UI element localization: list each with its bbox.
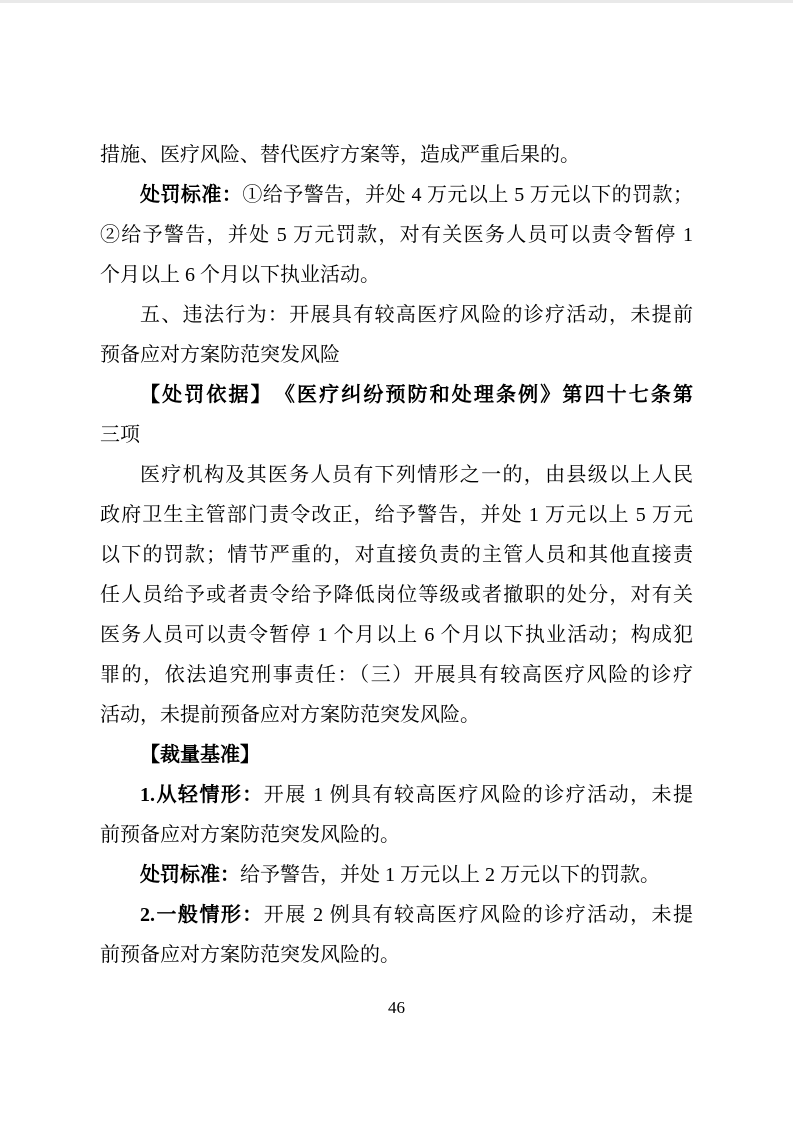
text-line: 政府卫生主管部门责令改正，给予警告，并处 1 万元以上 5 万元 xyxy=(100,495,693,535)
text-run: 医疗机构及其医务人员有下列情形之一的，由县级以上人民 xyxy=(140,464,693,486)
text-line: 前预备应对方案防范突发风险的。 xyxy=(100,815,693,855)
text-run: 五、违法行为：开展具有较高医疗风险的诊疗活动，未提前 xyxy=(140,304,693,326)
text-run: 开展 2 例具有较高医疗风险的诊疗活动，未提 xyxy=(264,904,693,926)
text-run: 三项 xyxy=(100,424,140,446)
text-run: 预备应对方案防范突发风险 xyxy=(100,344,340,366)
text-line: 2.一般情形：开展 2 例具有较高医疗风险的诊疗活动，未提 xyxy=(100,895,693,935)
text-run: 措施、医疗风险、替代医疗方案等，造成严重后果的。 xyxy=(100,144,580,166)
text-run: 以下的罚款；情节严重的，对直接负责的主管人员和其他直接责 xyxy=(100,544,693,566)
text-run: 罪的，依法追究刑事责任：（三）开展具有较高医疗风险的诊疗 xyxy=(100,664,693,686)
text-line: 五、违法行为：开展具有较高医疗风险的诊疗活动，未提前 xyxy=(100,295,693,335)
text-run-bold: 【处罚依据】 《医疗纠纷预防和处理条例》第四十七条第 xyxy=(140,384,693,406)
text-run: 医务人员可以责令暂停 1 个月以上 6 个月以下执业活动；构成犯 xyxy=(100,624,693,646)
text-line: 医务人员可以责令暂停 1 个月以上 6 个月以下执业活动；构成犯 xyxy=(100,615,693,655)
text-line: 个月以上 6 个月以下执业活动。 xyxy=(100,255,693,295)
text-run-bold: 处罚标准： xyxy=(140,864,240,886)
document-body: 措施、医疗风险、替代医疗方案等，造成严重后果的。处罚标准：①给予警告，并处 4 … xyxy=(100,135,693,975)
text-run: 前预备应对方案防范突发风险的。 xyxy=(100,944,400,966)
text-run-bold: 1.从轻情形： xyxy=(140,784,264,806)
page-number: 46 xyxy=(0,997,793,1019)
page-top-edge xyxy=(0,0,793,3)
text-run: 任人员给予或者责令给予降低岗位等级或者撤职的处分，对有关 xyxy=(100,584,693,606)
text-run: ②给予警告，并处 5 万元罚款，对有关医务人员可以责令暂停 1 xyxy=(100,224,693,246)
text-line: 1.从轻情形：开展 1 例具有较高医疗风险的诊疗活动，未提 xyxy=(100,775,693,815)
text-run: 给予警告，并处 1 万元以上 2 万元以下的罚款。 xyxy=(240,864,660,886)
text-line: 【裁量基准】 xyxy=(100,735,693,775)
text-line: 任人员给予或者责令给予降低岗位等级或者撤职的处分，对有关 xyxy=(100,575,693,615)
text-run-bold: 2.一般情形： xyxy=(140,904,264,926)
text-run: ①给予警告，并处 4 万元以上 5 万元以下的罚款； xyxy=(242,184,693,206)
text-run: 个月以上 6 个月以下执业活动。 xyxy=(100,264,380,286)
text-line: 医疗机构及其医务人员有下列情形之一的，由县级以上人民 xyxy=(100,455,693,495)
text-line: 预备应对方案防范突发风险 xyxy=(100,335,693,375)
text-line: 活动，未提前预备应对方案防范突发风险。 xyxy=(100,695,693,735)
text-line: 罪的，依法追究刑事责任：（三）开展具有较高医疗风险的诊疗 xyxy=(100,655,693,695)
text-line: 以下的罚款；情节严重的，对直接负责的主管人员和其他直接责 xyxy=(100,535,693,575)
text-line: 处罚标准：给予警告，并处 1 万元以上 2 万元以下的罚款。 xyxy=(100,855,693,895)
text-run: 前预备应对方案防范突发风险的。 xyxy=(100,824,400,846)
text-line: ②给予警告，并处 5 万元罚款，对有关医务人员可以责令暂停 1 xyxy=(100,215,693,255)
text-run: 开展 1 例具有较高医疗风险的诊疗活动，未提 xyxy=(264,784,693,806)
text-run: 政府卫生主管部门责令改正，给予警告，并处 1 万元以上 5 万元 xyxy=(100,504,693,526)
text-line: 【处罚依据】 《医疗纠纷预防和处理条例》第四十七条第 xyxy=(100,375,693,415)
text-line: 前预备应对方案防范突发风险的。 xyxy=(100,935,693,975)
text-line: 处罚标准：①给予警告，并处 4 万元以上 5 万元以下的罚款； xyxy=(100,175,693,215)
text-run: 活动，未提前预备应对方案防范突发风险。 xyxy=(100,704,480,726)
text-line: 三项 xyxy=(100,415,693,455)
text-line: 措施、医疗风险、替代医疗方案等，造成严重后果的。 xyxy=(100,135,693,175)
text-run-bold: 处罚标准： xyxy=(140,184,242,206)
text-run-bold: 【裁量基准】 xyxy=(140,744,260,766)
document-page: 措施、医疗风险、替代医疗方案等，造成严重后果的。处罚标准：①给予警告，并处 4 … xyxy=(0,0,793,1122)
